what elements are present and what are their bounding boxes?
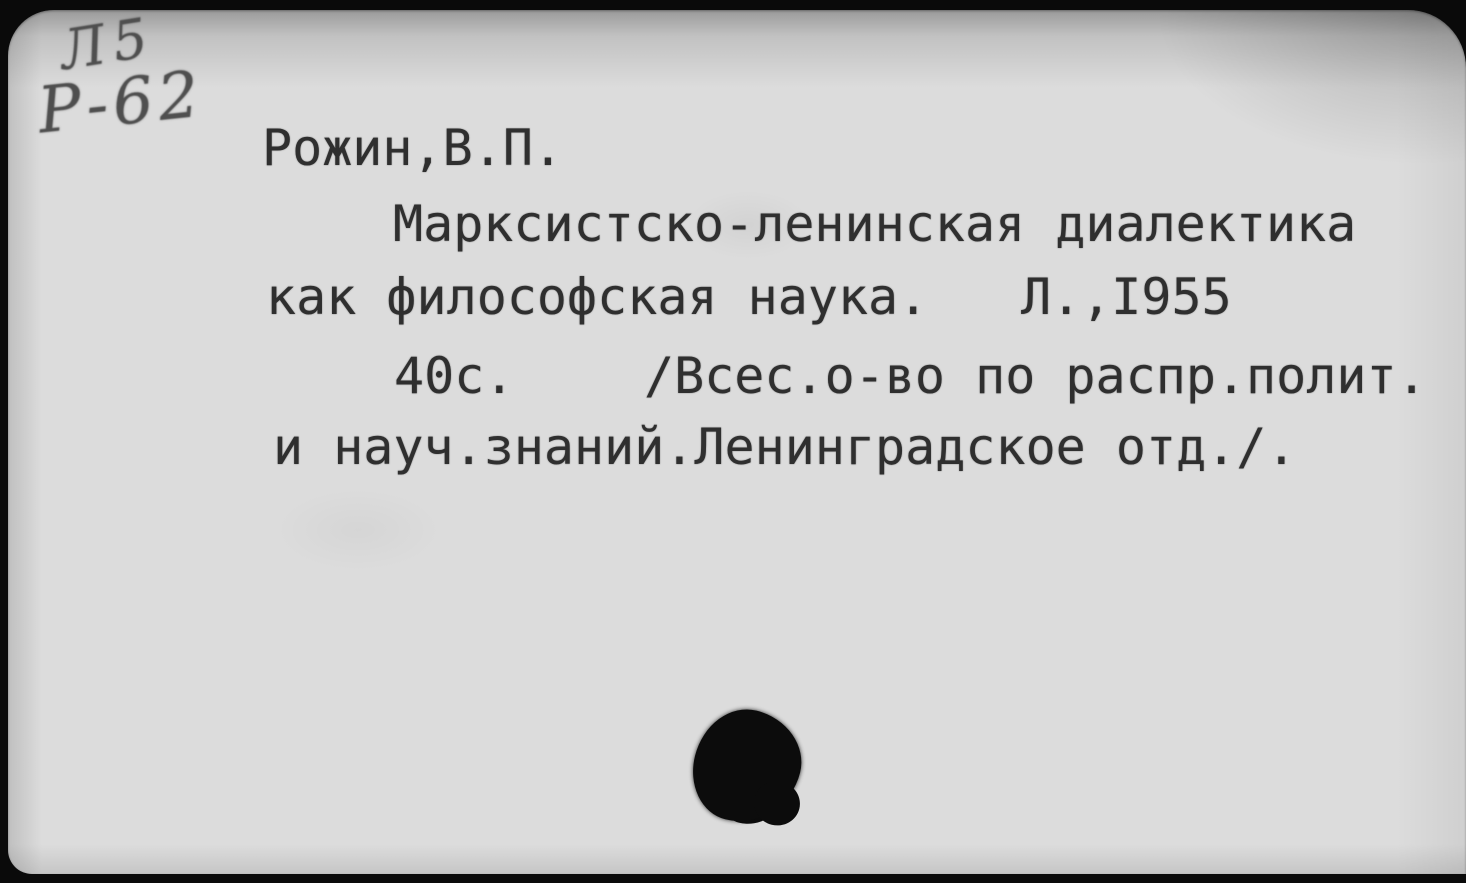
imprint-place-year: Л.,I955: [1021, 271, 1232, 323]
publisher-line: /Всес.о-во по распр.полит.: [644, 350, 1427, 402]
author-heading: Рожин,В.П.: [262, 122, 563, 174]
catalog-card: Л5 Р-62 Рожин,В.П. Марксистско-ленинская…: [8, 10, 1466, 874]
handwritten-author-mark: Р-62: [35, 58, 208, 149]
scanned-card-background: Л5 Р-62 Рожин,В.П. Марксистско-ленинская…: [0, 0, 1466, 883]
publisher-continuation-line: и науч.знаний.Ленинградское отд./.: [273, 421, 1297, 473]
pagination: 40с.: [394, 350, 514, 402]
title-continuation-line: как философская наука.: [266, 271, 928, 323]
punch-hole-ink-dot: [682, 699, 812, 834]
title-line: Марксистско-ленинская диалектика: [393, 198, 1356, 250]
